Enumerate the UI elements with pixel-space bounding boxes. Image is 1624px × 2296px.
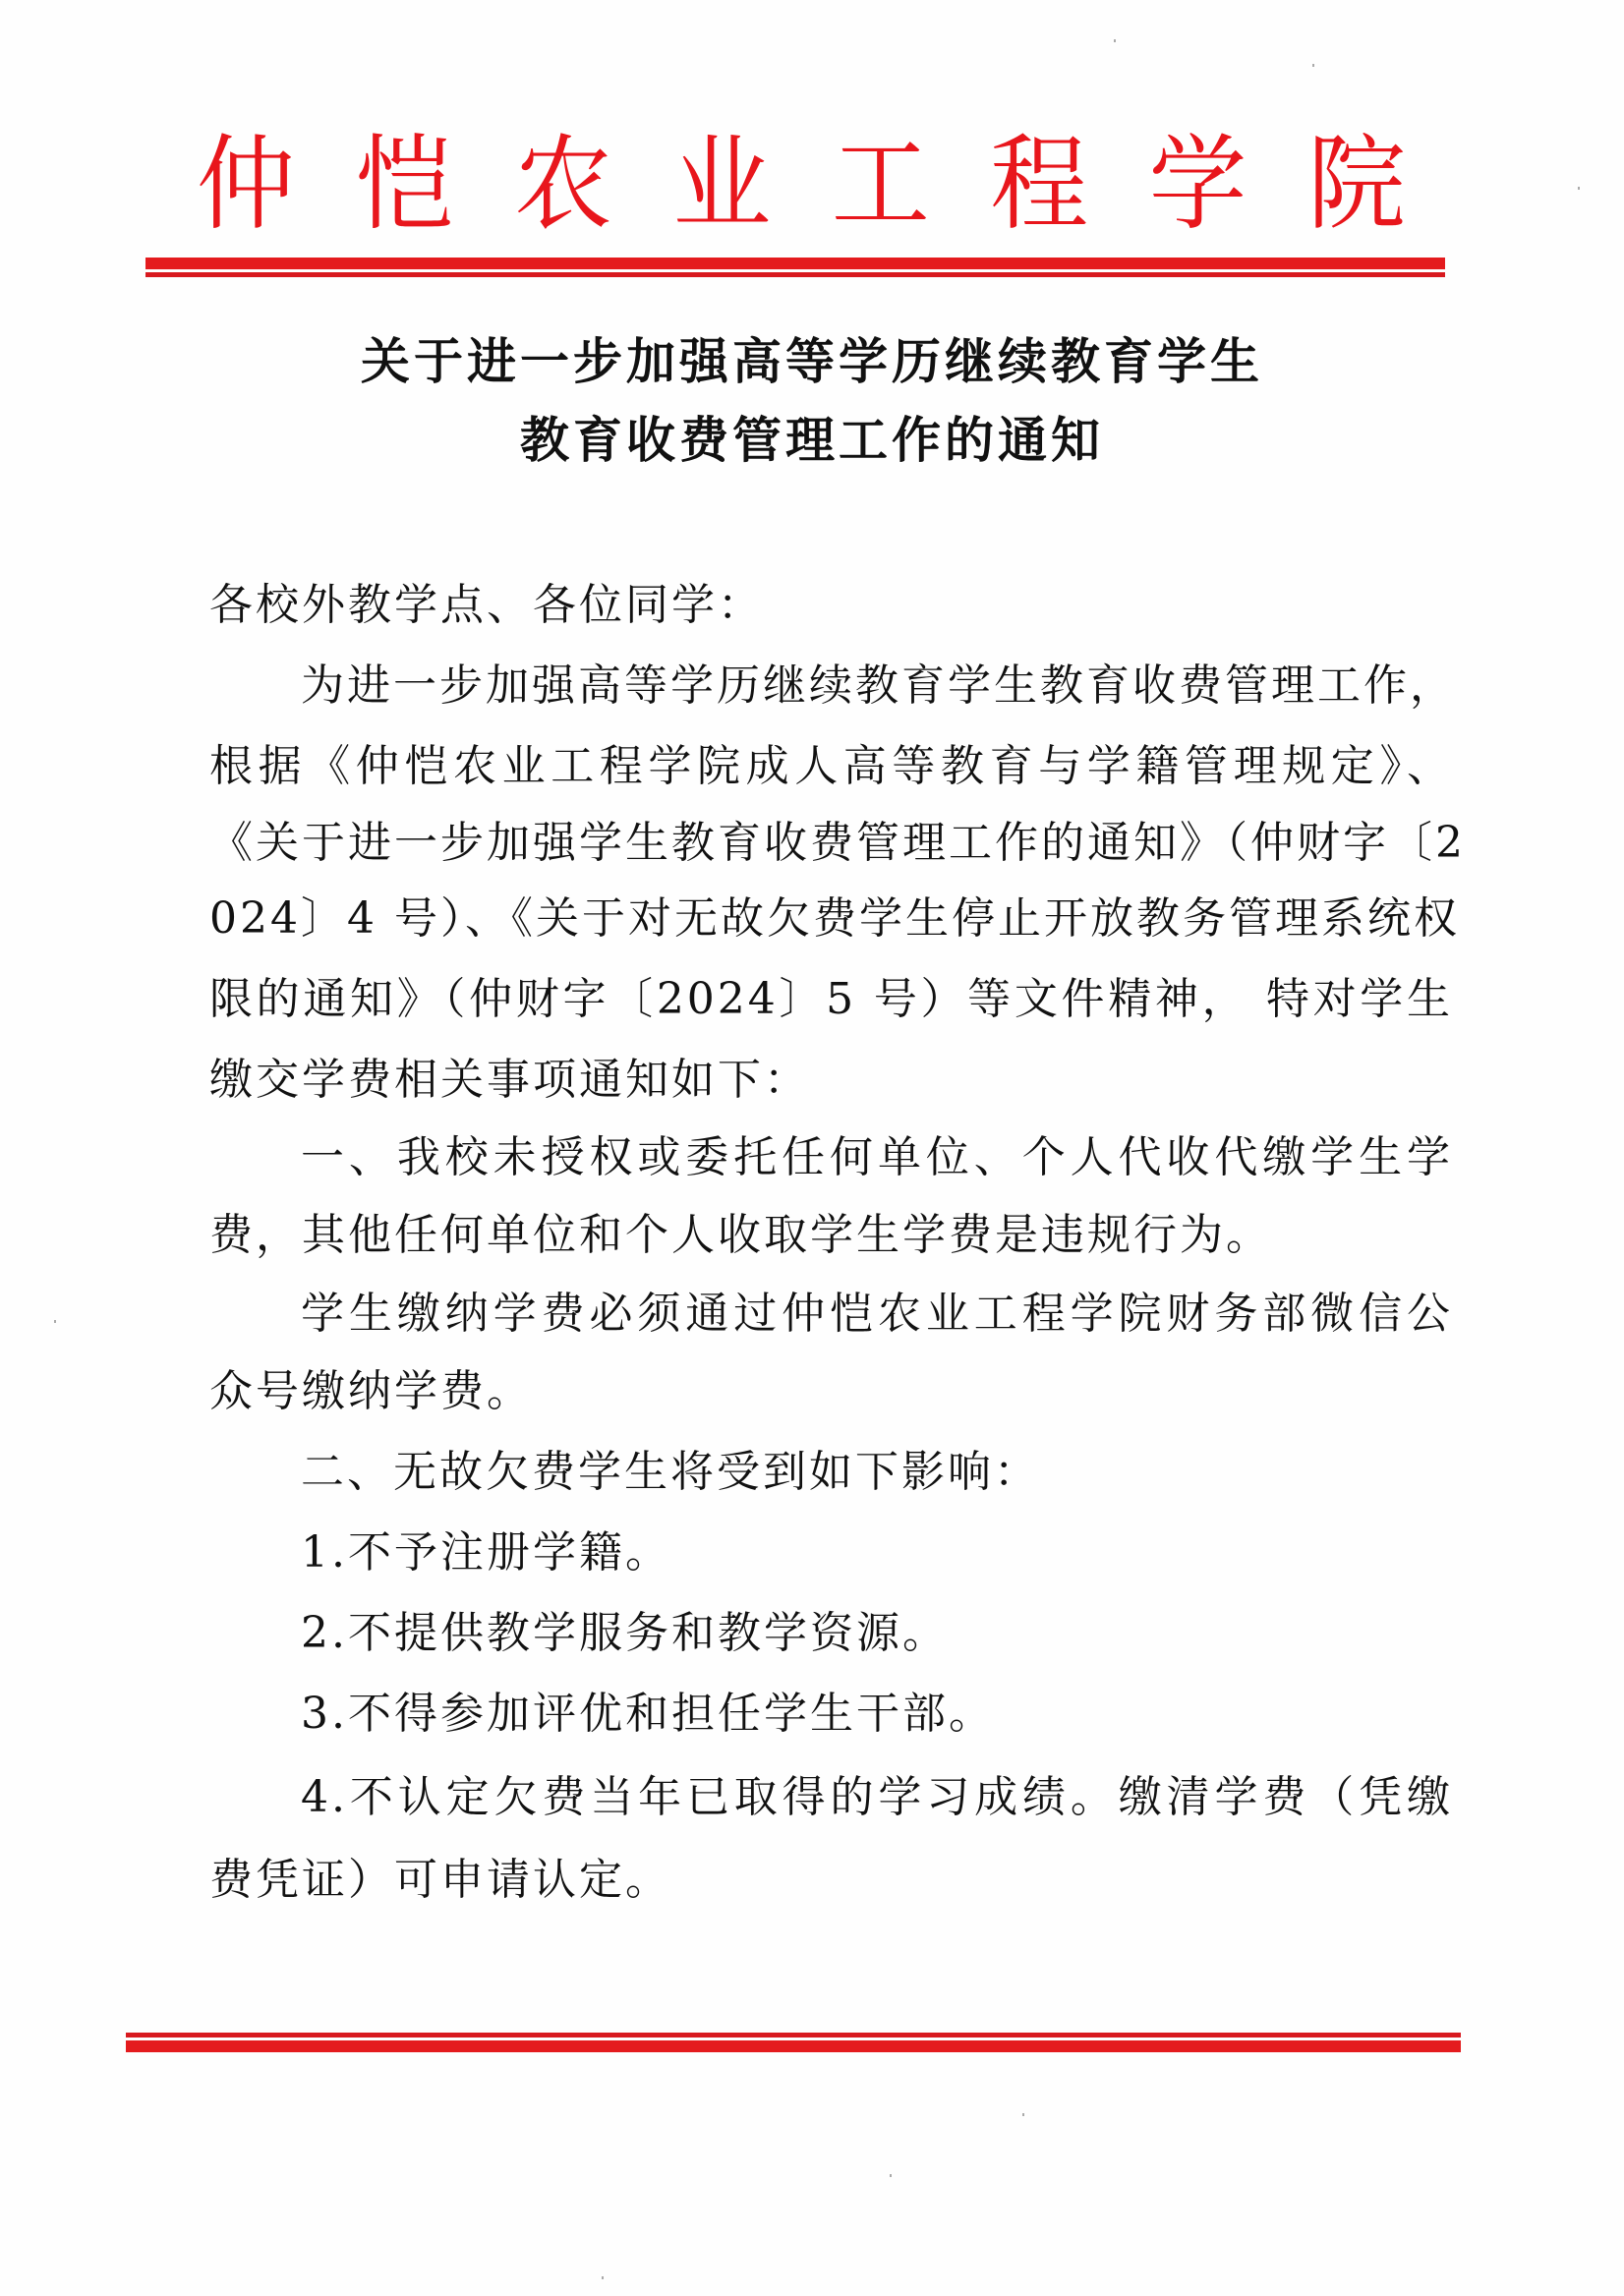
body-line: 《关于进一步加强学生教育收费管理工作的通知》（仲财字〔2 [209, 814, 1453, 873]
body-line: 限的通知》（仲财字〔2024〕5 号）等文件精神， 特对学生 [209, 970, 1453, 1029]
letterhead-char: 学 [1149, 123, 1247, 247]
list-item-3: 3.不得参加评优和担任学生干部。 [301, 1685, 995, 1744]
scan-speck [890, 2174, 892, 2177]
letterhead-char: 业 [672, 123, 771, 247]
footer-rule-thick [126, 2040, 1461, 2052]
list-item-4: 4.不认定欠费当年已取得的学习成绩。缴清学费（凭缴 [301, 1768, 1453, 1827]
body-line-section-1: 一、我校未授权或委托任何单位、个人代收代缴学生学 [301, 1128, 1453, 1187]
letterhead-char: 农 [514, 123, 612, 247]
letterhead-char: 程 [990, 123, 1088, 247]
body-line: 缴交学费相关事项通知如下： [209, 1051, 810, 1110]
body-line: 学生缴纳学费必须通过仲恺农业工程学院财务部微信公 [301, 1285, 1453, 1344]
letterhead-char: 工 [832, 123, 930, 247]
scan-speck [1114, 39, 1116, 42]
letterhead-char: 恺 [355, 123, 453, 247]
footer-rule-thin [126, 2033, 1461, 2038]
header-rule-thin [145, 272, 1445, 277]
body-line: 费，其他任何单位和个人收取学生学费是违规行为。 [209, 1206, 1272, 1265]
document-title-line-2: 教育收费管理工作的通知 [0, 411, 1624, 470]
body-line: 费凭证）可申请认定。 [209, 1851, 671, 1910]
body-line: 根据《仲恺农业工程学院成人高等教育与学籍管理规定》、 [209, 737, 1453, 796]
list-item-1: 1.不予注册学籍。 [301, 1523, 671, 1582]
document-page: 仲 恺 农 业 工 程 学 院 关于进一步加强高等学历继续教育学生 教育收费管理… [0, 0, 1624, 2296]
scan-speck [1022, 2113, 1024, 2116]
scan-speck [54, 1320, 56, 1323]
scan-speck [1578, 187, 1580, 190]
body-line: 为进一步加强高等学历继续教育学生教育收费管理工作， [301, 657, 1453, 716]
letterhead-institution-name: 仲 恺 农 业 工 程 学 院 [197, 126, 1406, 244]
scan-speck [1312, 64, 1314, 67]
body-line: 众号缴纳学费。 [209, 1362, 533, 1421]
salutation: 各校外教学点、各位同学： [209, 576, 764, 635]
header-rule-thick [145, 258, 1445, 269]
body-line-section-2: 二、无故欠费学生将受到如下影响： [301, 1443, 1040, 1502]
letterhead-char: 院 [1307, 123, 1406, 247]
body-line: 024〕4 号）、《关于对无故欠费学生停止开放教务管理系统权 [209, 890, 1453, 948]
letterhead-char: 仲 [197, 123, 295, 247]
document-title-line-1: 关于进一步加强高等学历继续教育学生 [0, 332, 1624, 391]
list-item-2: 2.不提供教学服务和教学资源。 [301, 1604, 949, 1663]
scan-speck [602, 2276, 604, 2279]
